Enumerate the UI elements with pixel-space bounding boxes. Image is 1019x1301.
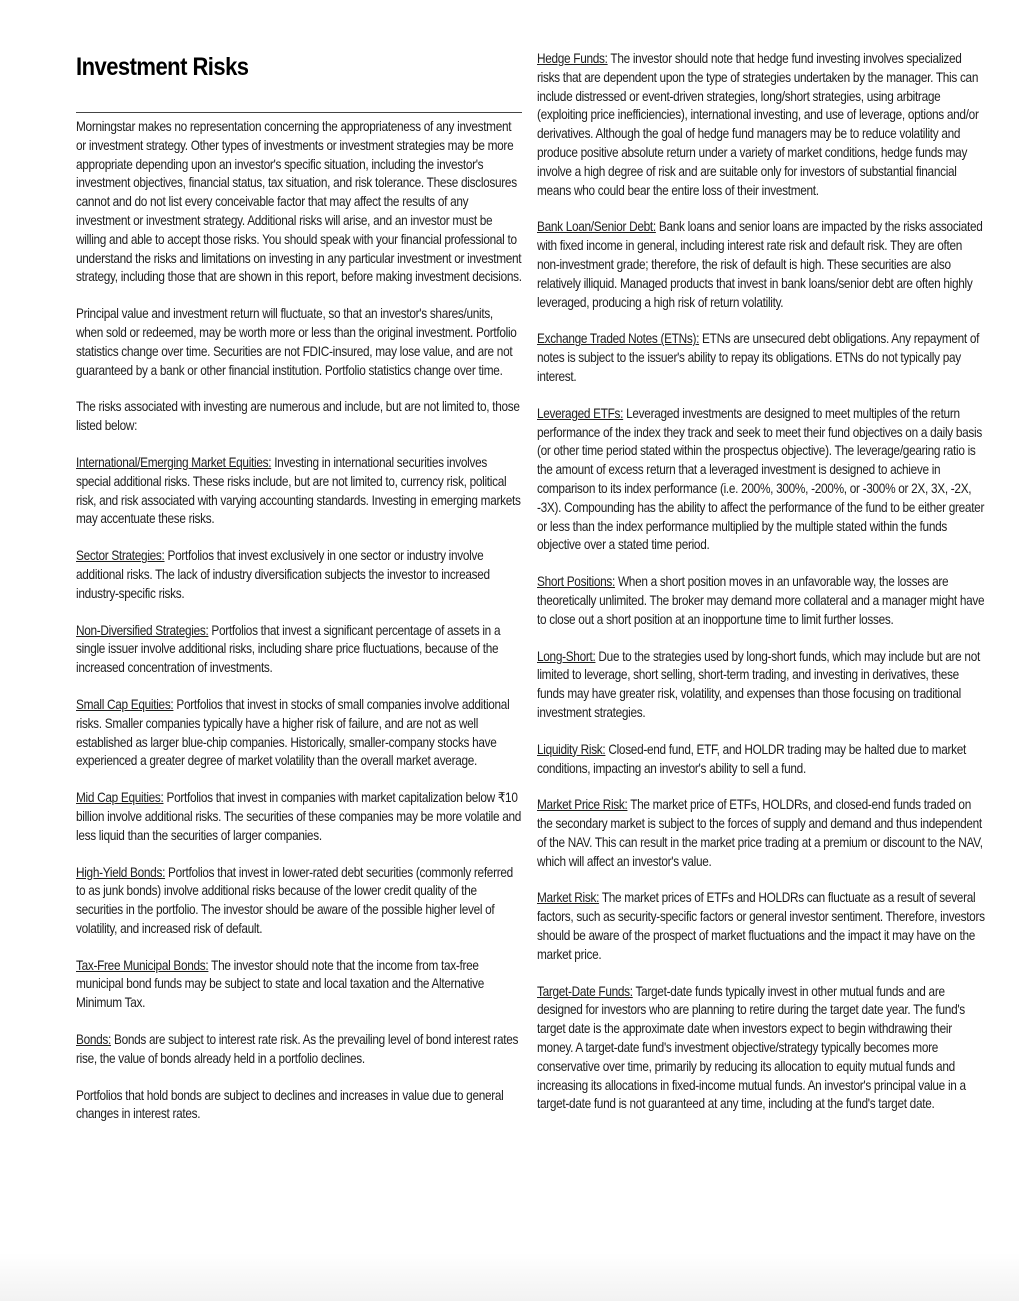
- risk-heading: High-Yield Bonds:: [76, 865, 165, 880]
- document-page: Investment Risks Morningstar makes no re…: [0, 0, 1019, 1301]
- page-bottom-shadow: [0, 1253, 1019, 1301]
- title-divider: [76, 112, 522, 113]
- intro-paragraph: Morningstar makes no representation conc…: [76, 118, 522, 287]
- risk-item-bank-loan: Bank Loan/Senior Debt: Bank loans and se…: [537, 218, 985, 312]
- page-title: Investment Risks: [76, 53, 249, 82]
- risk-item-liquidity: Liquidity Risk: Closed-end fund, ETF, an…: [537, 741, 985, 779]
- risk-heading: Exchange Traded Notes (ETNs):: [537, 331, 699, 346]
- risk-heading: Sector Strategies:: [76, 548, 165, 563]
- right-column: Hedge Funds: The investor should note th…: [537, 50, 985, 1132]
- risk-item-high-yield: High-Yield Bonds: Portfolios that invest…: [76, 864, 522, 939]
- risk-item-bonds: Bonds: Bonds are subject to interest rat…: [76, 1031, 522, 1069]
- risk-body: Target-date funds typically invest in ot…: [537, 984, 966, 1112]
- risk-heading: Market Price Risk:: [537, 797, 627, 812]
- risk-item-target-date: Target-Date Funds: Target-date funds typ…: [537, 983, 985, 1115]
- risk-item-sector: Sector Strategies: Portfolios that inves…: [76, 547, 522, 603]
- risk-body: Bonds are subject to interest rate risk.…: [76, 1032, 518, 1066]
- risk-item-long-short: Long-Short: Due to the strategies used b…: [537, 648, 985, 723]
- intro-paragraph: Principal value and investment return wi…: [76, 305, 522, 380]
- closing-paragraph: Portfolios that hold bonds are subject t…: [76, 1087, 522, 1125]
- risk-item-international: International/Emerging Market Equities: …: [76, 454, 522, 529]
- risk-item-leveraged-etfs: Leveraged ETFs: Leveraged investments ar…: [537, 405, 985, 555]
- risk-heading: Leveraged ETFs:: [537, 406, 623, 421]
- risk-heading: Market Risk:: [537, 890, 599, 905]
- risk-item-hedge-funds: Hedge Funds: The investor should note th…: [537, 50, 985, 200]
- risk-heading: Long-Short:: [537, 649, 595, 664]
- risk-item-etns: Exchange Traded Notes (ETNs): ETNs are u…: [537, 330, 985, 386]
- risk-body: The investor should note that hedge fund…: [537, 51, 979, 198]
- risk-item-non-diversified: Non-Diversified Strategies: Portfolios t…: [76, 622, 522, 678]
- left-column: Morningstar makes no representation conc…: [76, 118, 522, 1142]
- risk-heading: Mid Cap Equities:: [76, 790, 164, 805]
- risk-heading: Hedge Funds:: [537, 51, 608, 66]
- risk-body: Due to the strategies used by long-short…: [537, 649, 980, 720]
- risk-item-market-risk: Market Risk: The market prices of ETFs a…: [537, 889, 985, 964]
- risk-item-short-positions: Short Positions: When a short position m…: [537, 573, 985, 629]
- risk-heading: Bank Loan/Senior Debt:: [537, 219, 656, 234]
- risk-heading: Non-Diversified Strategies:: [76, 623, 208, 638]
- risk-item-mid-cap: Mid Cap Equities: Portfolios that invest…: [76, 789, 522, 845]
- risk-body: The market prices of ETFs and HOLDRs can…: [537, 890, 985, 961]
- risk-item-market-price: Market Price Risk: The market price of E…: [537, 796, 985, 871]
- risk-heading: Tax-Free Municipal Bonds:: [76, 958, 208, 973]
- risk-heading: Bonds:: [76, 1032, 111, 1047]
- risk-heading: Target-Date Funds:: [537, 984, 633, 999]
- risk-item-tax-free-municipal: Tax-Free Municipal Bonds: The investor s…: [76, 957, 522, 1013]
- risk-body: Leveraged investments are designed to me…: [537, 406, 984, 553]
- intro-paragraph: The risks associated with investing are …: [76, 398, 522, 436]
- risk-item-small-cap: Small Cap Equities: Portfolios that inve…: [76, 696, 522, 771]
- risk-heading: Liquidity Risk:: [537, 742, 605, 757]
- risk-heading: Small Cap Equities:: [76, 697, 173, 712]
- risk-heading: International/Emerging Market Equities:: [76, 455, 271, 470]
- risk-heading: Short Positions:: [537, 574, 615, 589]
